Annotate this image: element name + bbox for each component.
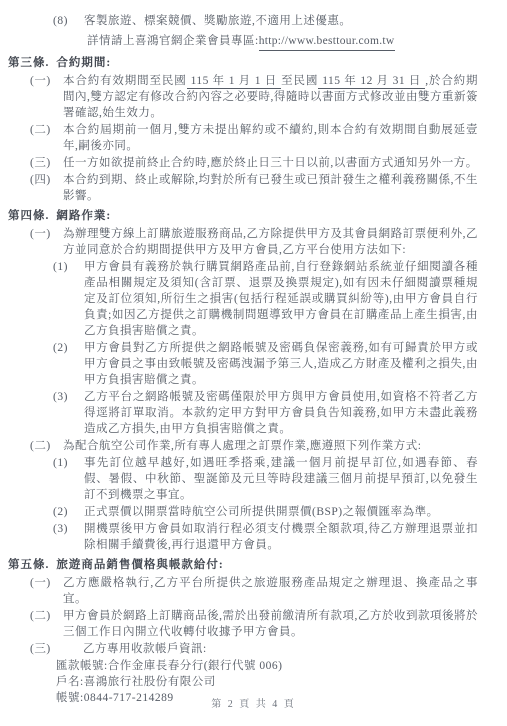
article-number: 第四條.	[8, 210, 49, 222]
item-label: (3)	[53, 521, 84, 537]
item-text-segment: 至民國	[281, 75, 318, 87]
besttour-url-link[interactable]: http://www.besttour.com.tw	[259, 33, 395, 51]
item-label: (二)	[30, 122, 63, 138]
item-label: (1)	[53, 455, 84, 471]
item-text: 本合約有效期間至民國115 年 1 月 1 日至民國115 年 12 月 31 …	[63, 73, 478, 121]
item-label: (3)	[53, 389, 84, 405]
article-4-item-2-sub-2: (2) 正式票價以開票當時航空公司所提供開票價(BSP)之報價匯率為準。	[53, 504, 478, 520]
article-4-item-1-sub-1: (1) 甲方會員有義務於執行購買網路產品前,自行登錄網站系統並仔細閱讀各種產品相…	[53, 259, 478, 339]
article-5-heading: 第五條.旅遊商品銷售價格與帳款給付:	[8, 557, 478, 573]
item-text: 乙方專用收款帳戶資訊:	[83, 641, 478, 657]
item-label: (2)	[53, 340, 84, 356]
item-label: (一)	[30, 575, 63, 591]
article-5-item-1: (一) 乙方應嚴格執行,乙方平台所提供之旅遊服務產品規定之辦理退、換產品之事宜。	[30, 575, 478, 607]
item-label: (三)	[30, 155, 63, 171]
contract-end-date: 115 年 12 月 31 日	[318, 75, 425, 89]
item-label: (一)	[30, 73, 63, 89]
contract-page: (8) 客製旅遊、標案競價、獎勵旅遊,不適用上述優惠。 詳情請上喜鴻官網企業會員…	[0, 0, 507, 726]
article-number: 第三條.	[8, 57, 49, 69]
item-label: (8)	[53, 13, 84, 29]
item-label: (三)	[30, 641, 83, 657]
item-text: 客製旅遊、標案競價、獎勵旅遊,不適用上述優惠。	[84, 13, 478, 29]
item-label: (2)	[53, 504, 84, 520]
page-number-footer: 第 2 頁 共 4 頁	[0, 697, 507, 713]
contract-start-date: 115 年 1 月 1 日	[187, 75, 282, 89]
detail-note: 詳情請上喜鴻官網企業會員專區:http://www.besttour.com.t…	[87, 33, 478, 51]
item-text: 事先訂位越早越好,如遇旺季搭乘,建議一個月前提早訂位,如遇春節、春假、暑假、中秋…	[84, 455, 478, 503]
article-4-item-1: (一) 為辦理雙方線上訂購旅遊服務商品,乙方除提供甲方及其會員網路訂票便利外,乙…	[30, 226, 478, 258]
article-5-item-2: (二) 甲方會員於網路上訂購商品後,需於出發前繳清所有款項,乙方於收到款項後將於…	[30, 608, 478, 640]
item-label: (二)	[30, 608, 63, 624]
item-label: (二)	[30, 438, 63, 454]
article-3-item-1: (一) 本合約有效期間至民國115 年 1 月 1 日至民國115 年 12 月…	[30, 73, 478, 121]
item-text: 本合約到期、終止或解除,均對於所有已發生或已預計發生之權利義務關係,不生影響。	[63, 172, 478, 204]
bank-account-name-line: 戶名:喜鴻旅行社股份有限公司	[56, 674, 478, 690]
item-text: 乙方平台之網路帳號及密碼僅限於甲方與甲方會員使用,如資格不符者乙方得逕將訂單取消…	[84, 389, 478, 437]
article-3-item-4: (四) 本合約到期、終止或解除,均對於所有已發生或已預計發生之權利義務關係,不生…	[30, 172, 478, 204]
detail-note-text: 詳情請上喜鴻官網企業會員專區:	[87, 33, 259, 49]
item-label: (四)	[30, 172, 63, 188]
item-text-segment: 本合約有效期間至民國	[63, 75, 187, 87]
article-title: 旅遊商品銷售價格與帳款給付:	[56, 559, 223, 571]
article-number: 第五條.	[8, 559, 49, 571]
article-4-item-2: (二) 為配合航空公司作業,所有專人處理之訂票作業,應遵照下列作業方式:	[30, 438, 478, 454]
article-4-item-1-sub-2: (2) 甲方會員對乙方所提供之網路帳號及密碼負保密義務,如有可歸責於甲方或甲方會…	[53, 340, 478, 388]
item-text: 為配合航空公司作業,所有專人處理之訂票作業,應遵照下列作業方式:	[63, 438, 478, 454]
item-text: 甲方會員對乙方所提供之網路帳號及密碼負保密義務,如有可歸責於甲方或甲方會員之事由…	[84, 340, 478, 388]
item-text: 乙方應嚴格執行,乙方平台所提供之旅遊服務產品規定之辦理退、換產品之事宜。	[63, 575, 478, 607]
article-4-heading: 第四條.網路作業:	[8, 208, 478, 224]
item-text: 開機票後甲方會員如取消行程必須支付機票全額款項,待乙方辦理退票並扣除相關手續費後…	[84, 521, 478, 553]
item-text: 甲方會員於網路上訂購商品後,需於出發前繳清所有款項,乙方於收到款項後將於三個工作…	[63, 608, 478, 640]
article-4-item-1-sub-3: (3) 乙方平台之網路帳號及密碼僅限於甲方與甲方會員使用,如資格不符者乙方得逕將…	[53, 389, 478, 437]
item-label: (1)	[53, 259, 84, 275]
item-text: 任一方如欲提前終止合約時,應於終止日三十日以前,以書面方式通知另外一方。	[63, 155, 478, 171]
article-3-item-3: (三) 任一方如欲提前終止合約時,應於終止日三十日以前,以書面方式通知另外一方。	[30, 155, 478, 171]
article-3-item-2: (二) 本合約屆期前一個月,雙方未提出解約或不續約,則本合約有效期間自動展延壹年…	[30, 122, 478, 154]
article-4-item-2-sub-3: (3) 開機票後甲方會員如取消行程必須支付機票全額款項,待乙方辦理退票並扣除相關…	[53, 521, 478, 553]
item-text: 正式票價以開票當時航空公司所提供開票價(BSP)之報價匯率為準。	[84, 504, 478, 520]
item-text: 甲方會員有義務於執行購買網路產品前,自行登錄網站系統並仔細閱讀各種產品相關規定及…	[84, 259, 478, 339]
item-text: 為辦理雙方線上訂購旅遊服務商品,乙方除提供甲方及其會員網路訂票便利外,乙方並同意…	[63, 226, 478, 258]
article-title: 網路作業:	[56, 210, 111, 222]
article-title: 合約期間:	[56, 57, 111, 69]
article-5-item-3: (三) 乙方專用收款帳戶資訊:	[30, 641, 478, 657]
item-label: (一)	[30, 226, 63, 242]
clause-8-item: (8) 客製旅遊、標案競價、獎勵旅遊,不適用上述優惠。	[53, 13, 478, 29]
article-3-heading: 第三條.合約期間:	[8, 55, 478, 71]
bank-branch-line: 匯款帳號:合作金庫長春分行(銀行代號 006)	[56, 658, 478, 674]
article-4-item-2-sub-1: (1) 事先訂位越早越好,如遇旺季搭乘,建議一個月前提早訂位,如遇春節、春假、暑…	[53, 455, 478, 503]
item-text: 本合約屆期前一個月,雙方未提出解約或不續約,則本合約有效期間自動展延壹年,嗣後亦…	[63, 122, 478, 154]
